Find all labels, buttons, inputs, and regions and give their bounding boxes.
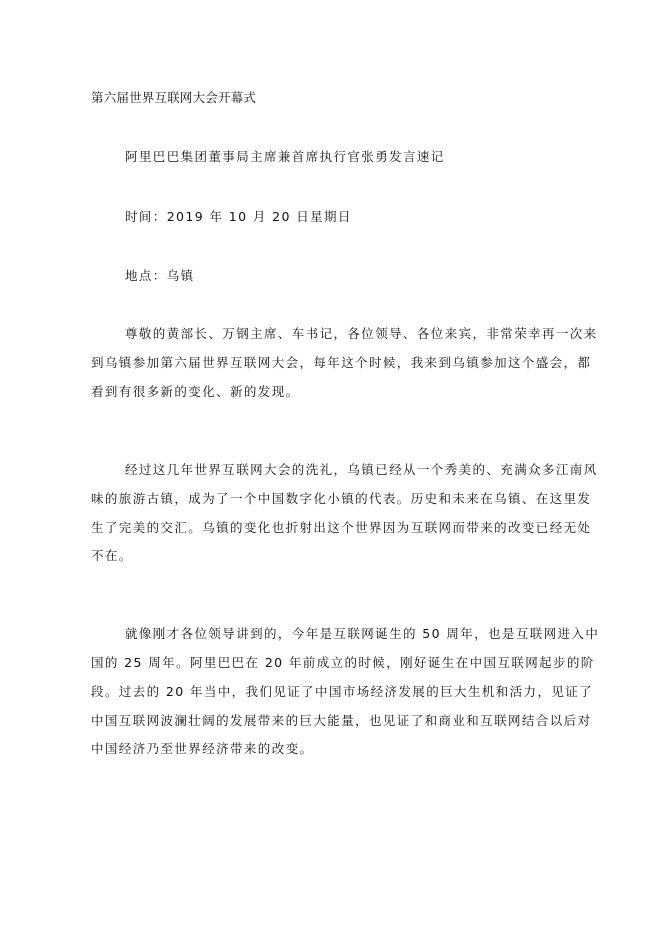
paragraph-line: 味的旅游古镇，成为了一个中国数字化小镇的代表。历史和未来在乌镇、在这里发 [91, 491, 591, 507]
paragraph-line: 段。过去的 20 年当中，我们见证了中国市场经济发展的巨大生机和活力，见证了 [91, 684, 593, 700]
time-line: 时间：2019 年 10 月 20 日星期日 [125, 209, 352, 225]
paragraph-line: 到乌镇参加第六届世界互联网大会，每年这个时候，我来到乌镇参加这个盛会，都 [91, 355, 591, 371]
paragraph-line: 生了完美的交汇。乌镇的变化也折射出这个世界因为互联网而带来的改变已经无处 [91, 520, 591, 536]
paragraph-line: 不在。 [91, 548, 133, 564]
document-subtitle: 阿里巴巴集团董事局主席兼首席执行官张勇发言速记 [125, 149, 445, 165]
paragraph-line: 就像刚才各位领导讲到的，今年是互联网诞生的 50 周年，也是互联网进入中 [125, 626, 599, 642]
paragraph-line: 看到有很多新的变化、新的发现。 [91, 384, 300, 400]
paragraph-line: 经过这几年世界互联网大会的洗礼，乌镇已经从一个秀美的、充满众多江南风 [125, 462, 598, 478]
paragraph-line: 中国互联网波澜壮阔的发展带来的巨大能量，也见证了和商业和互联网结合以后对 [91, 713, 591, 729]
document-title: 第六届世界互联网大会开幕式 [91, 90, 256, 106]
paragraph-line: 尊敬的黄部长、万钢主席、车书记，各位领导、各位来宾，非常荣幸再一次来 [125, 326, 598, 342]
place-line: 地点：乌镇 [125, 268, 195, 284]
paragraph-line: 中国经济乃至世界经济带来的改变。 [91, 741, 313, 757]
paragraph-line: 国的 25 周年。阿里巴巴在 20 年前成立的时候，刚好诞生在中国互联网起步的阶 [91, 655, 595, 671]
document-page: 第六届世界互联网大会开幕式 阿里巴巴集团董事局主席兼首席执行官张勇发言速记 时间… [0, 0, 661, 935]
